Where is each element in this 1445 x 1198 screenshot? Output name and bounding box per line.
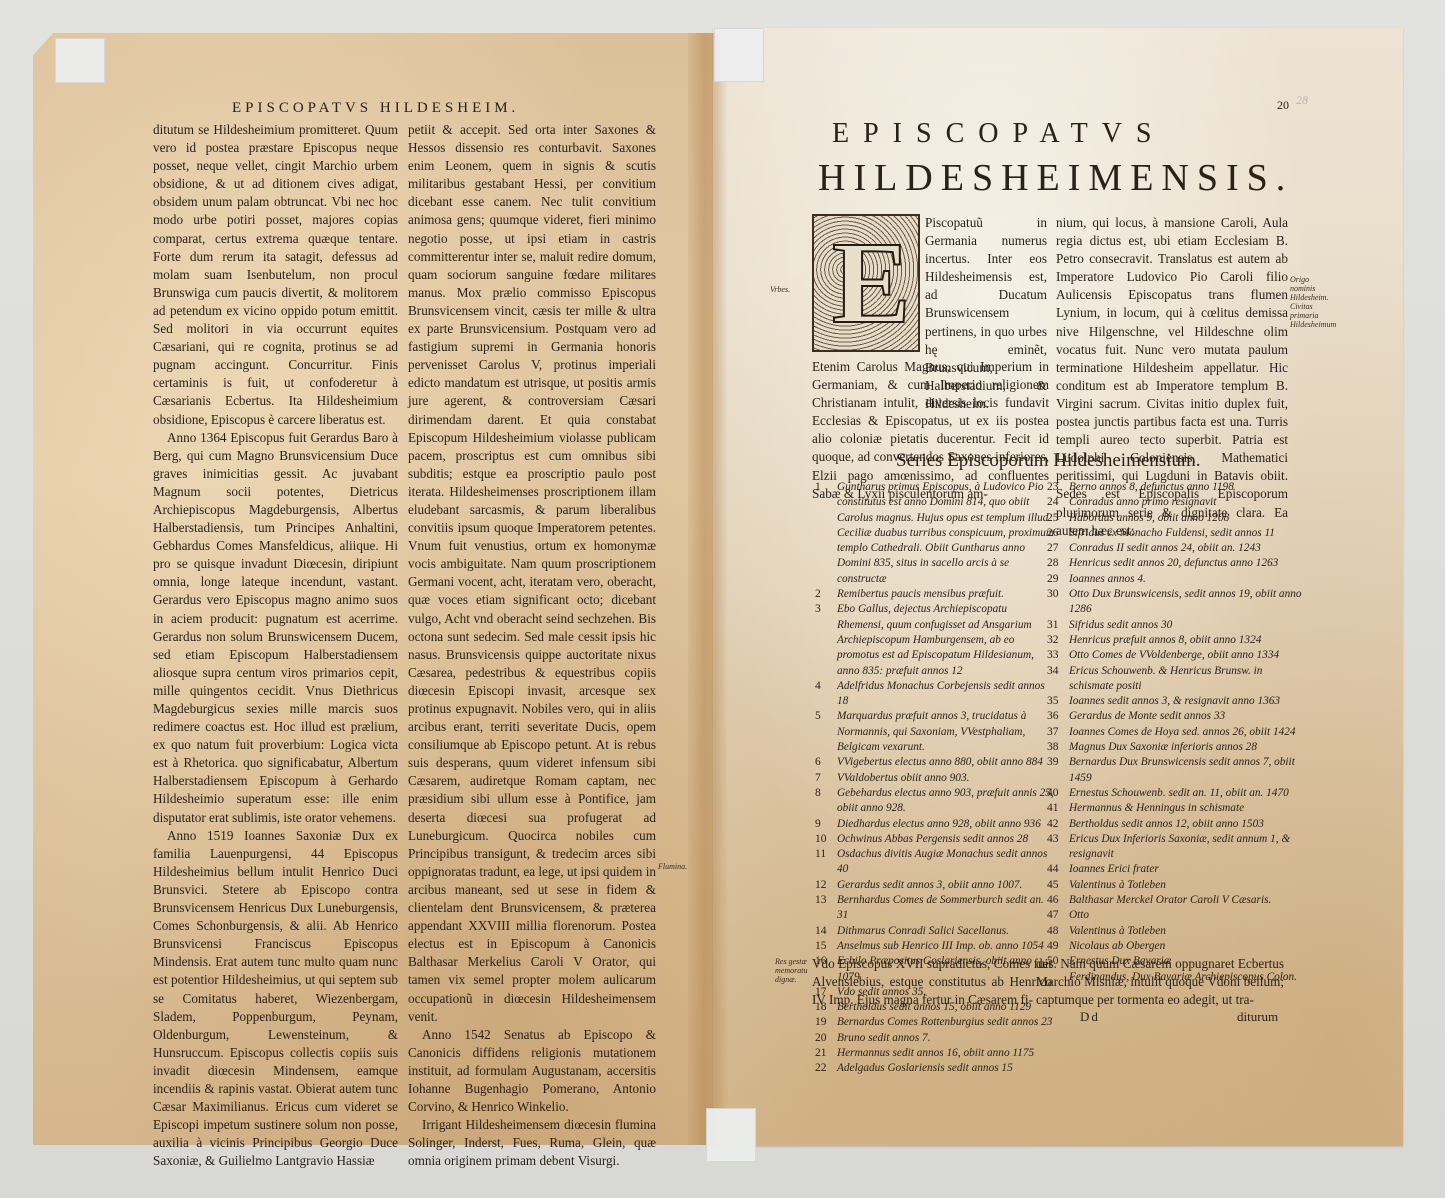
list-item: 42Bertholdus sedit annos 12, obiit anno … — [1047, 817, 1302, 832]
list-item: 27Conradus II sedit annos 24, obiit an. … — [1047, 541, 1302, 556]
list-item: 45Valentinus à Totleben — [1047, 878, 1302, 893]
list-item: 39Bernardus Dux Brunswicensis sedit anno… — [1047, 755, 1302, 786]
list-item: 38Magnus Dux Saxoniæ inferioris annos 28 — [1047, 740, 1302, 755]
list-item: 36Gerardus de Monte sedit annos 33 — [1047, 709, 1302, 724]
bishops-list-right: 23Berno annos 8, defunctus anno 1198 24C… — [1047, 480, 1302, 985]
list-item: 28Henricus sedit annos 20, defunctus ann… — [1047, 556, 1302, 571]
paragraph: Irrigant Hildesheimensem diœcesin flumin… — [408, 1116, 656, 1170]
list-item: 33Otto Comes de VVoldenberge, obiit anno… — [1047, 648, 1302, 663]
list-item: 32Henricus præfuit annos 8, obiit anno 1… — [1047, 633, 1302, 648]
signature-mark: Dd — [1080, 1009, 1100, 1025]
margin-note-res-gestae: Res gestæ memoratu dignæ. — [775, 957, 809, 984]
pencil-page-number: 28 — [1296, 93, 1308, 108]
list-item: 26Sifridus ex Monacho Fuldensi, sedit an… — [1047, 526, 1302, 541]
list-item: 46Balthasar Merckel Orator Caroli V Cæsa… — [1047, 893, 1302, 908]
hinge-tape-top-left — [55, 38, 105, 83]
list-item: 4Adelfridus Monachus Corbejensis sedit a… — [815, 679, 1055, 710]
closing-text-right: des. Nam quum Cæsarem oppugnaret Ecbertu… — [1036, 955, 1284, 1009]
list-item: 47Otto — [1047, 908, 1302, 923]
running-head: EPISCOPATVS HILDESHEIM. — [232, 100, 519, 117]
list-item: 3Ebo Gallus, dejectus Archiepiscopatu Rh… — [815, 602, 1055, 678]
margin-note-flumina: Flumina. — [658, 862, 687, 871]
series-title: Series Episcoporum Hildesheimensium. — [896, 450, 1200, 472]
list-item: 20Bruno sedit annos 7. — [815, 1031, 1055, 1046]
page-number: 20 — [1277, 98, 1289, 113]
list-item: 8Gebehardus electus anno 903, præfuit an… — [815, 786, 1055, 817]
left-column-1: ditutum se Hildesheimium promitteret. Qu… — [153, 121, 398, 1170]
list-item: 31Sifridus sedit annos 30 — [1047, 618, 1302, 633]
list-item: 13Bernhardus Comes de Sommerburch sedit … — [815, 893, 1055, 924]
list-item: 19Bernardus Comes Rottenburgius sedit an… — [815, 1015, 1055, 1030]
paragraph: petiit & accepit. Sed orta inter Saxones… — [408, 121, 656, 1026]
list-item: 14Dithmarus Conradi Salici Sacellanus. — [815, 924, 1055, 939]
list-item: 24Conradus anno primo resignavit — [1047, 495, 1302, 510]
page-title-line-2: HILDESHEIMENSIS. — [818, 156, 1293, 200]
hinge-tape-bottom-center — [706, 1108, 756, 1162]
list-item: 34Ericus Schouwenb. & Henricus Brunsw. i… — [1047, 664, 1302, 695]
list-item: 30Otto Dux Brunswicensis, sedit annos 19… — [1047, 587, 1302, 618]
list-item: 21Hermannus sedit annos 16, obiit anno 1… — [815, 1046, 1055, 1061]
list-item: 22Adelgadus Goslariensis sedit annos 15 — [815, 1061, 1055, 1076]
paragraph: Anno 1364 Episcopus fuit Gerardus Baro à… — [153, 429, 398, 827]
decorated-initial: E — [812, 214, 920, 352]
closing-text-left: Vdo Episcopus XVII supradictus, Comes fu… — [812, 955, 1052, 1009]
hinge-tape-top-center — [714, 28, 764, 82]
list-item: 23Berno annos 8, defunctus anno 1198 — [1047, 480, 1302, 495]
left-column-2: petiit & accepit. Sed orta inter Saxones… — [408, 121, 656, 1170]
margin-note-vrbes: Vrbes. — [770, 285, 790, 294]
list-item: 7VValdobertus obiit anno 903. — [815, 771, 1055, 786]
list-item: 2Remibertus paucis mensibus præfuit. — [815, 587, 1055, 602]
list-item: 5Marquardus præfuit annos 3, trucidatus … — [815, 709, 1055, 755]
catchword: diturum — [1237, 1009, 1278, 1025]
list-item: 40Ernestus Schouwenb. sedit an. 11, obii… — [1047, 786, 1302, 801]
list-item: 37Ioannes Comes de Hoya sed. annos 26, o… — [1047, 725, 1302, 740]
margin-note-origo: Origo nominis Hildesheim. Civitas primar… — [1290, 275, 1330, 329]
paragraph: Anno 1519 Ioannes Saxoniæ Dux ex familia… — [153, 827, 398, 1171]
list-item: 41Hermannus & Henningus in schismate — [1047, 801, 1302, 816]
list-item: 43Ericus Dux Inferioris Saxoniæ, sedit a… — [1047, 832, 1302, 863]
paragraph: Anno 1542 Senatus ab Episcopo & Canonici… — [408, 1026, 656, 1116]
list-item: 12Gerardus sedit annos 3, obiit anno 100… — [815, 878, 1055, 893]
paragraph: ditutum se Hildesheimium promitteret. Qu… — [153, 121, 398, 429]
list-item: 9Diedhardus electus anno 928, obiit anno… — [815, 817, 1055, 832]
list-item: 48Valentinus à Totleben — [1047, 924, 1302, 939]
list-item: 29Ioannes annos 4. — [1047, 572, 1302, 587]
list-item: 49Nicolaus ab Obergen — [1047, 939, 1302, 954]
center-fold — [688, 33, 728, 1145]
list-item: 1Guntharus primus Episcopus, à Ludovico … — [815, 480, 1055, 587]
list-item: 25Habordus annos 9, obiit anno 1208 — [1047, 511, 1302, 526]
list-item: 15Anselmus sub Henrico III Imp. ob. anno… — [815, 939, 1055, 954]
initial-letter: E — [832, 224, 911, 342]
list-item: 6VVigebertus electus anno 880, obiit ann… — [815, 755, 1055, 770]
page-title-line-1: EPISCOPATVS — [832, 118, 1165, 150]
list-item: 11Osdachus divitis Augiæ Monachus sedit … — [815, 847, 1055, 878]
list-item: 35Ioannes sedit annos 3, & resignavit an… — [1047, 694, 1302, 709]
list-item: 44Ioannes Erici frater — [1047, 862, 1302, 877]
list-item: 10Ochwinus Abbas Pergensis sedit annos 2… — [815, 832, 1055, 847]
